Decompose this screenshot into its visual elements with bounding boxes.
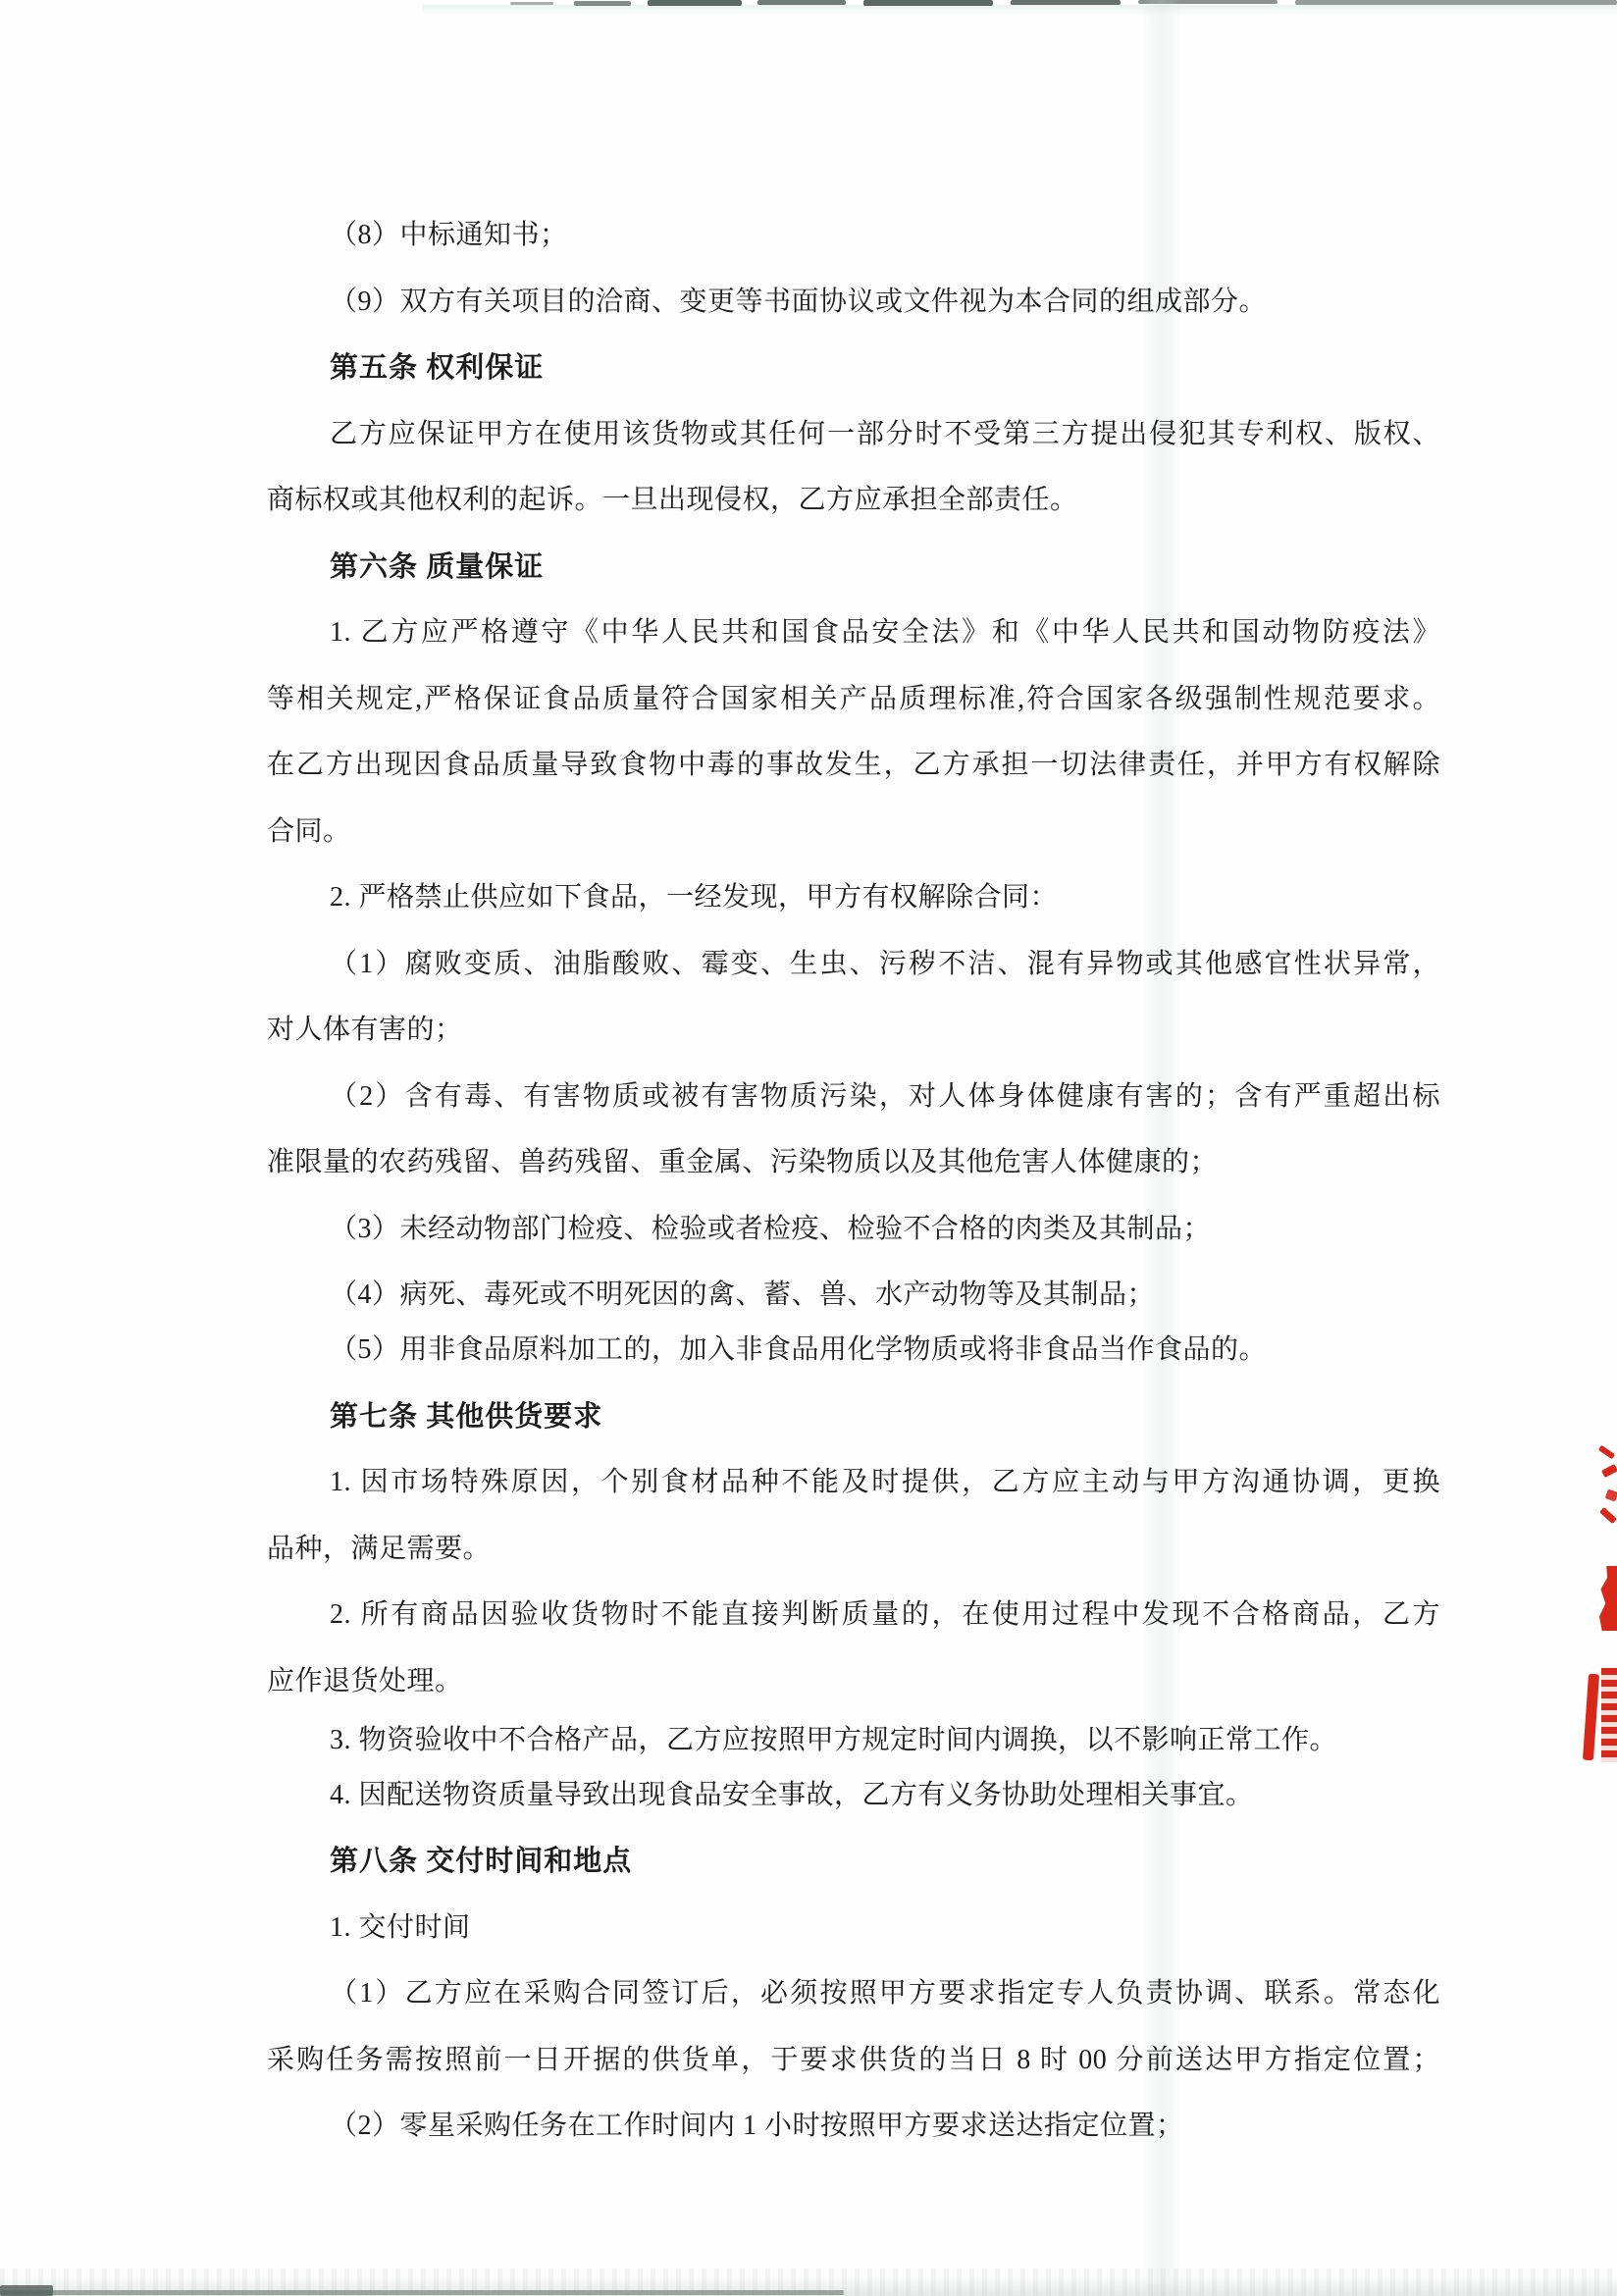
scan-edge-artifact-top xyxy=(574,1,631,6)
text-line: （1）腐败变质、油脂酸败、霉变、生虫、污秽不洁、混有异物或其他感官性状异常， xyxy=(267,947,1440,1014)
text-line: （8）中标通知书； xyxy=(267,218,1440,285)
text-line: 在乙方出现因食品质量导致食物中毒的事故发生，乙方承担一切法律责任，并甲方有权解除 xyxy=(267,748,1440,814)
scan-edge-artifact-top xyxy=(863,0,993,6)
text-line: 1. 因市场特殊原因，个别食材品种不能及时提供，乙方应主动与甲方沟通协调，更换 xyxy=(267,1465,1440,1532)
text-line: （3）未经动物部门检疫、检验或者检疫、检验不合格的肉类及其制品； xyxy=(267,1212,1440,1278)
text-line: 2. 严格禁止供应如下食品，一经发现，甲方有权解除合同： xyxy=(267,880,1440,947)
clause-heading: 第五条 权利保证 xyxy=(267,350,1440,417)
clause-heading: 第七条 其他供货要求 xyxy=(267,1399,1440,1466)
scan-edge-artifact-top xyxy=(757,0,846,5)
text-line: 1. 交付时间 xyxy=(267,1910,1440,1977)
text-line: 合同。 xyxy=(267,814,1440,881)
text-line: 品种，满足需要。 xyxy=(267,1532,1440,1598)
text-line: （5）用非食品原料加工的，加入非食品用化学物质或将非食品当作食品的。 xyxy=(267,1332,1440,1399)
text-line: 3. 物资验收中不合格产品，乙方应按照甲方规定时间内调换，以不影响正常工作。 xyxy=(267,1723,1440,1778)
scan-edge-artifact-top xyxy=(648,0,742,6)
clause-heading: 第八条 交付时间和地点 xyxy=(267,1844,1440,1910)
text-line: 采购任务需按照前一日开据的供货单，于要求供货的当日 8 时 00 分前送达甲方指… xyxy=(267,2043,1440,2110)
scan-edge-tint-top xyxy=(422,5,1617,17)
text-line: 等相关规定,严格保证食品质量符合国家相关产品质理标准,符合国家各级强制性规范要求… xyxy=(267,682,1440,749)
text-line: 准限量的农药残留、兽药残留、重金属、污染物质以及其他危害人体健康的； xyxy=(267,1145,1440,1212)
text-line: 2. 所有商品因验收货物时不能直接判断质量的，在使用过程中发现不合格商品，乙方 xyxy=(267,1597,1440,1664)
scan-edge-artifact-top xyxy=(1011,0,1121,5)
text-line: （2）含有毒、有害物质或被有害物质污染，对人体身体健康有害的；含有严重超出标 xyxy=(267,1079,1440,1146)
clause-heading: 第六条 质量保证 xyxy=(267,549,1440,616)
text-line: 1. 乙方应严格遵守《中华人民共和国食品安全法》和《中华人民共和国动物防疫法》 xyxy=(267,615,1440,682)
scanned-contract-page: （8）中标通知书；（9）双方有关项目的洽商、变更等书面协议或文件视为本合同的组成… xyxy=(0,0,1617,2296)
text-line: 4. 因配送物资质量导致出现食品安全事故，乙方有义务协助处理相关事宜。 xyxy=(267,1778,1440,1845)
text-line: 对人体有害的； xyxy=(267,1013,1440,1079)
text-line: 商标权或其他权利的起诉。一旦出现侵权，乙方应承担全部责任。 xyxy=(267,483,1440,549)
text-line: （9）双方有关项目的洽商、变更等书面协议或文件视为本合同的组成部分。 xyxy=(267,285,1440,351)
scan-edge-artifact-top xyxy=(510,2,553,5)
scan-edge-artifact-top xyxy=(1295,0,1617,5)
scan-edge-artifact-bottom xyxy=(0,2290,844,2295)
text-line: （2）零星采购任务在工作时间内 1 小时按照甲方要求送达指定位置； xyxy=(267,2109,1440,2175)
scan-edge-artifact-corner xyxy=(0,2285,53,2296)
text-line: （4）病死、毒死或不明死因的禽、蓄、兽、水产动物等及其制品； xyxy=(267,1278,1440,1332)
text-line: 乙方应保证甲方在使用该货物或其任何一部分时不受第三方提出侵犯其专利权、版权、 xyxy=(267,417,1440,484)
contract-text-block: （8）中标通知书；（9）双方有关项目的洽商、变更等书面协议或文件视为本合同的组成… xyxy=(267,218,1440,2175)
text-line: 应作退货处理。 xyxy=(267,1664,1440,1723)
text-line: （1）乙方应在采购合同签订后，必须按照甲方要求指定专人负责协调、联系。常态化 xyxy=(267,1976,1440,2043)
